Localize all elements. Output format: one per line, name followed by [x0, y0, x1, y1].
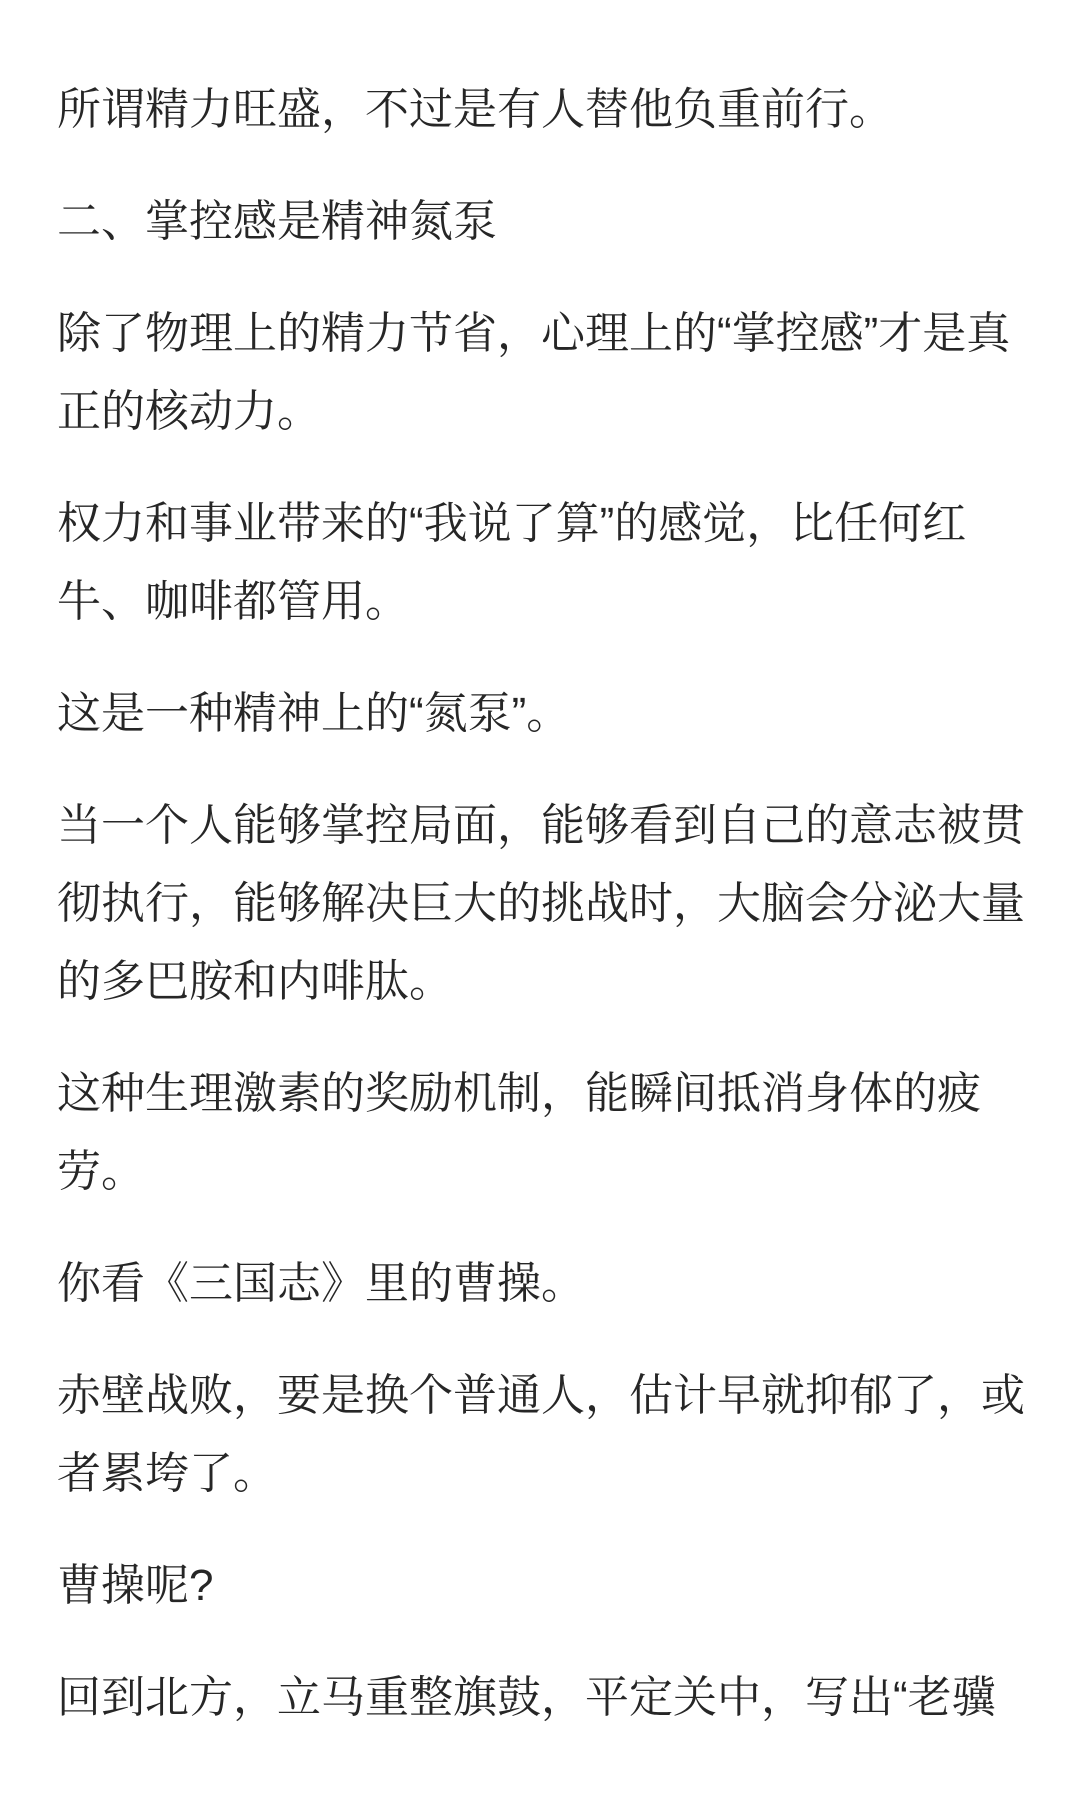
text-line: 彻执行，能够解决巨大的挑战时，大脑会分泌大量: [57, 865, 1023, 943]
text-line: 赤壁战败，要是换个普通人，估计早就抑郁了，或: [57, 1357, 1023, 1435]
text-line: 你看《三国志》里的曹操。: [57, 1245, 1023, 1323]
text-line: 权力和事业带来的“我说了算”的感觉，比任何红: [57, 485, 1023, 563]
text-line: 当一个人能够掌控局面，能够看到自己的意志被贯: [57, 787, 1023, 865]
text-line: 二、掌控感是精神氮泵: [57, 183, 1023, 261]
text-line: 这种生理激素的奖励机制，能瞬间抵消身体的疲: [57, 1055, 1023, 1133]
article-paragraph: 回到北方，立马重整旗鼓，平定关中，写出“老骥: [57, 1659, 1023, 1737]
text-line: 曹操呢?: [57, 1547, 1023, 1625]
article-section-heading: 二、掌控感是精神氮泵: [57, 183, 1023, 261]
article-reader-screen: 所谓精力旺盛，不过是有人替他负重前行。二、掌控感是精神氮泵除了物理上的精力节省，…: [0, 0, 1080, 1800]
text-line: 牛、咖啡都管用。: [57, 563, 1023, 641]
article-paragraph: 这是一种精神上的“氮泵”。: [57, 675, 1023, 753]
article-paragraph: 你看《三国志》里的曹操。: [57, 1245, 1023, 1323]
article-body: 所谓精力旺盛，不过是有人替他负重前行。二、掌控感是精神氮泵除了物理上的精力节省，…: [0, 0, 1080, 1737]
article-paragraph: 赤壁战败，要是换个普通人，估计早就抑郁了，或者累垮了。: [57, 1357, 1023, 1513]
text-line: 者累垮了。: [57, 1435, 1023, 1513]
text-line: 除了物理上的精力节省，心理上的“掌控感”才是真: [57, 295, 1023, 373]
text-line: 劳。: [57, 1133, 1023, 1211]
text-line: 回到北方，立马重整旗鼓，平定关中，写出“老骥: [57, 1659, 1023, 1737]
article-paragraph: 这种生理激素的奖励机制，能瞬间抵消身体的疲劳。: [57, 1055, 1023, 1211]
article-paragraph: 权力和事业带来的“我说了算”的感觉，比任何红牛、咖啡都管用。: [57, 485, 1023, 641]
text-line: 的多巴胺和内啡肽。: [57, 943, 1023, 1021]
text-line: 这是一种精神上的“氮泵”。: [57, 675, 1023, 753]
article-paragraph: 所谓精力旺盛，不过是有人替他负重前行。: [57, 71, 1023, 149]
text-line: 正的核动力。: [57, 373, 1023, 451]
article-paragraph: 当一个人能够掌控局面，能够看到自己的意志被贯彻执行，能够解决巨大的挑战时，大脑会…: [57, 787, 1023, 1021]
article-paragraph: 曹操呢?: [57, 1547, 1023, 1625]
text-line: 所谓精力旺盛，不过是有人替他负重前行。: [57, 71, 1023, 149]
article-paragraph: 除了物理上的精力节省，心理上的“掌控感”才是真正的核动力。: [57, 295, 1023, 451]
